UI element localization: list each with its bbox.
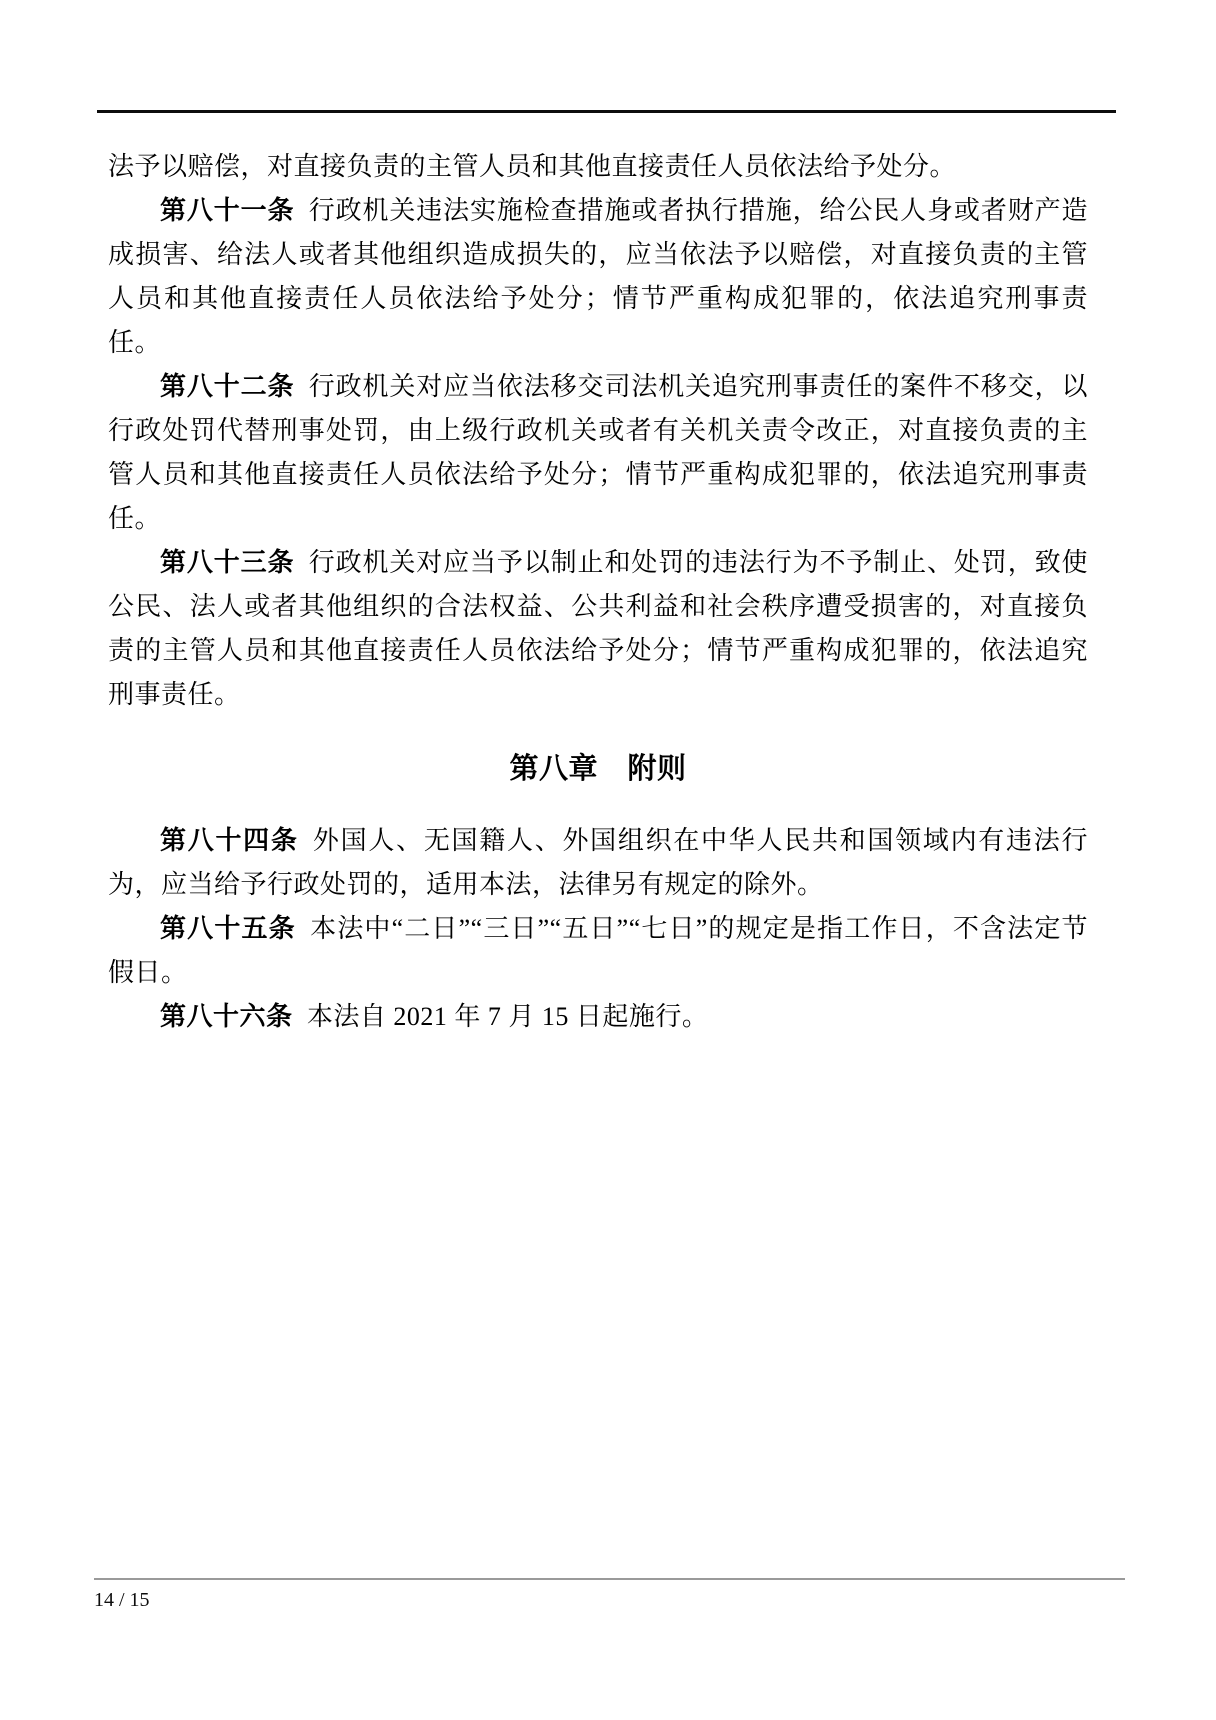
article-84-number: 第八十四条 xyxy=(160,826,299,855)
article-83-number: 第八十三条 xyxy=(160,548,294,577)
article-81-number: 第八十一条 xyxy=(160,196,294,225)
article-82-number: 第八十二条 xyxy=(160,372,294,401)
article-81-paragraph: 第八十一条行政机关违法实施检查措施或者执行措施，给公民人身或者财产造成损害、给法… xyxy=(108,189,1088,365)
header-divider xyxy=(97,110,1116,113)
article-85-number: 第八十五条 xyxy=(160,914,296,943)
paragraph-continuation: 法予以赔偿，对直接负责的主管人员和其他直接责任人员依法给予处分。 xyxy=(108,145,1088,189)
article-85-paragraph: 第八十五条本法中“二日”“三日”“五日”“七日”的规定是指工作日，不含法定节假日… xyxy=(108,907,1088,995)
article-86-text: 本法自 2021 年 7 月 15 日起施行。 xyxy=(307,1002,709,1031)
article-83-paragraph: 第八十三条行政机关对应当予以制止和处罚的违法行为不予制止、处罚，致使公民、法人或… xyxy=(108,541,1088,717)
document-body: 法予以赔偿，对直接负责的主管人员和其他直接责任人员依法给予处分。 第八十一条行政… xyxy=(108,145,1088,1039)
article-82-paragraph: 第八十二条行政机关对应当依法移交司法机关追究刑事责任的案件不移交，以行政处罚代替… xyxy=(108,365,1088,541)
document-page: 法予以赔偿，对直接负责的主管人员和其他直接责任人员依法给予处分。 第八十一条行政… xyxy=(0,0,1216,1720)
article-84-paragraph: 第八十四条外国人、无国籍人、外国组织在中华人民共和国领域内有违法行为，应当给予行… xyxy=(108,819,1088,907)
page-footer: 14 / 15 xyxy=(94,1578,1125,1613)
article-86-number: 第八十六条 xyxy=(160,1002,293,1031)
article-86-paragraph: 第八十六条本法自 2021 年 7 月 15 日起施行。 xyxy=(108,995,1088,1039)
paragraph-text: 法予以赔偿，对直接负责的主管人员和其他直接责任人员依法给予处分。 xyxy=(108,152,956,181)
page-number: 14 / 15 xyxy=(94,1587,1125,1613)
chapter-heading: 第八章 附则 xyxy=(108,749,1088,789)
